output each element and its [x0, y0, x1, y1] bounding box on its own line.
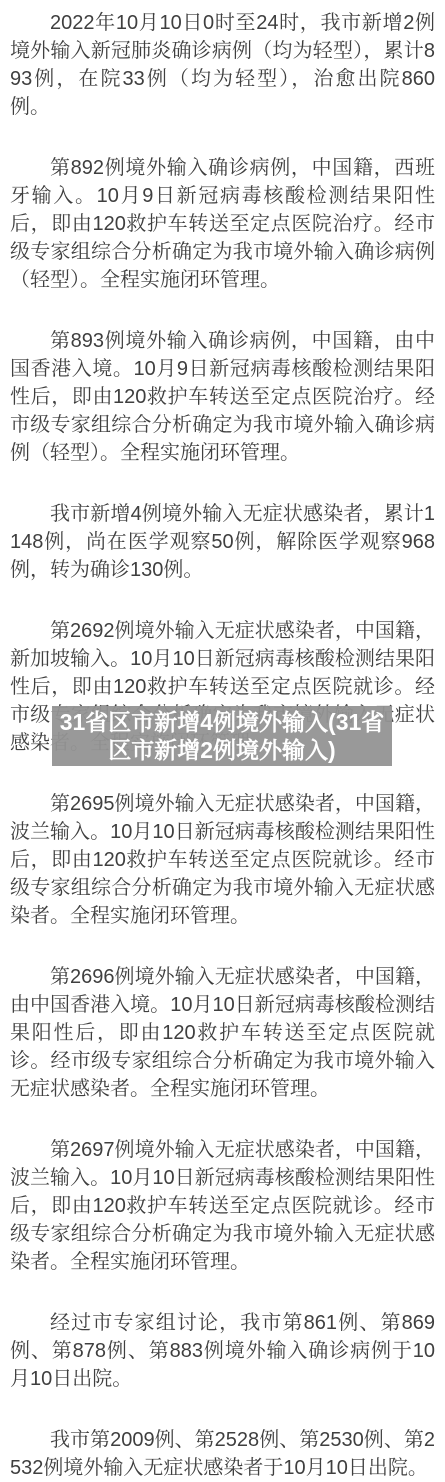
image-caption-overlay: 31省区市新增4例境外输入(31省区市新增2例境外输入) [52, 706, 392, 766]
article-paragraph: 第893例境外输入确诊病例，中国籍，由中国香港入境。10月9日新冠病毒核酸检测结… [10, 327, 435, 467]
article-paragraph: 第2695例境外输入无症状感染者，中国籍，波兰输入。10月10日新冠病毒核酸检测… [10, 790, 435, 930]
article-paragraph: 2022年10月10日0时至24时，我市新增2例境外输入新冠肺炎确诊病例（均为轻… [10, 9, 435, 121]
article-paragraph: 经过市专家组讨论，我市第861例、第869例、第878例、第883例境外输入确诊… [10, 1309, 435, 1393]
article-paragraph: 第2696例境外输入无症状感染者，中国籍，由中国香港入境。10月10日新冠病毒核… [10, 963, 435, 1103]
article-paragraph: 第892例境外输入确诊病例，中国籍，西班牙输入。10月9日新冠病毒核酸检测结果阳… [10, 154, 435, 294]
article-paragraph: 第2697例境外输入无症状感染者，中国籍，波兰输入。10月10日新冠病毒核酸检测… [10, 1136, 435, 1276]
article-paragraph: 我市新增4例境外输入无症状感染者，累计1148例，尚在医学观察50例，解除医学观… [10, 500, 435, 584]
article-paragraph: 我市第2009例、第2528例、第2530例、第2532例境外输入无症状感染者于… [10, 1426, 435, 1482]
